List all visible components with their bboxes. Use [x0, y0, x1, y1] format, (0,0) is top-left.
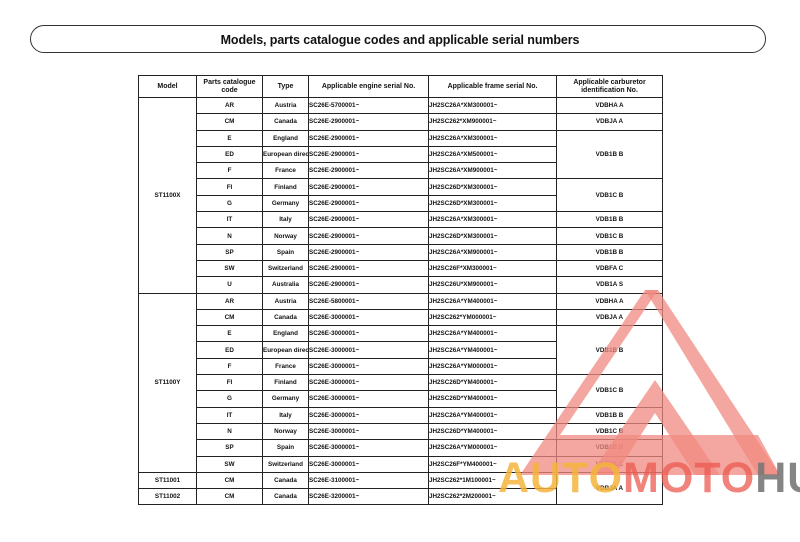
type-cell: Canada [263, 114, 309, 130]
header-parts-code: Parts catalogue code [197, 76, 263, 98]
engine-serial-cell: SC26E-5700001~ [309, 98, 429, 114]
carburetor-id-cell: VDB1C B [557, 375, 663, 408]
frame-serial-cell: JH2SC26A*YM400001~ [429, 293, 557, 309]
engine-serial-cell: SC26E-3000001~ [309, 456, 429, 472]
type-cell: Germany [263, 391, 309, 407]
frame-serial-cell: JH2SC26A*YM400001~ [429, 326, 557, 342]
table-body: ST1100XARAustriaSC26E-5700001~JH2SC26A*X… [139, 98, 663, 505]
parts-code-cell: ED [197, 342, 263, 358]
frame-serial-cell: JH2SC26A*XM500001~ [429, 146, 557, 162]
table-row: SPSpainSC26E-2900001~JH2SC26A*XM900001~V… [139, 244, 663, 260]
frame-serial-cell: JH2SC26A*YM000001~ [429, 358, 557, 374]
carburetor-id-cell: VDB1C B [557, 179, 663, 212]
carburetor-id-cell: VDBFA C [557, 260, 663, 276]
type-cell: Spain [263, 244, 309, 260]
carburetor-id-cell: VDBHA A [557, 293, 663, 309]
header-frame: Applicable frame serial No. [429, 76, 557, 98]
type-cell: England [263, 130, 309, 146]
frame-serial-cell: JH2SC26A*YM400001~ [429, 407, 557, 423]
header-model: Model [139, 76, 197, 98]
type-cell: Austria [263, 293, 309, 309]
carburetor-id-cell: VDBJA A [557, 114, 663, 130]
table-row: UAustraliaSC26E-2900001~JH2SC26U*XM90000… [139, 277, 663, 293]
table-row: FIFinlandSC26E-2900001~JH2SC26D*XM300001… [139, 179, 663, 195]
engine-serial-cell: SC26E-3000001~ [309, 342, 429, 358]
frame-serial-cell: JH2SC262*YM000001~ [429, 309, 557, 325]
engine-serial-cell: SC26E-3000001~ [309, 391, 429, 407]
table-header-row: Model Parts catalogue code Type Applicab… [139, 76, 663, 98]
type-cell: Finland [263, 179, 309, 195]
type-cell: France [263, 163, 309, 179]
engine-serial-cell: SC26E-2900001~ [309, 260, 429, 276]
type-cell: Norway [263, 228, 309, 244]
frame-serial-cell: JH2SC26A*YM400001~ [429, 342, 557, 358]
frame-serial-cell: JH2SC26U*XM900001~ [429, 277, 557, 293]
model-cell: ST11001 [139, 472, 197, 488]
frame-serial-cell: JH2SC262*XM900001~ [429, 114, 557, 130]
parts-code-cell: AR [197, 293, 263, 309]
parts-code-cell: SP [197, 244, 263, 260]
carburetor-id-cell: VDB1B B [557, 130, 663, 179]
type-cell: Canada [263, 309, 309, 325]
type-cell: Switzerland [263, 456, 309, 472]
frame-serial-cell: JH2SC26D*YM400001~ [429, 423, 557, 439]
carburetor-id-cell: VDB1B B [557, 212, 663, 228]
engine-serial-cell: SC26E-2900001~ [309, 179, 429, 195]
parts-code-cell: N [197, 423, 263, 439]
engine-serial-cell: SC26E-3000001~ [309, 407, 429, 423]
table-row: ITItalySC26E-2900001~JH2SC26A*XM300001~V… [139, 212, 663, 228]
frame-serial-cell: JH2SC26D*YM400001~ [429, 391, 557, 407]
page-title: Models, parts catalogue codes and applic… [0, 33, 800, 47]
type-cell: Italy [263, 407, 309, 423]
type-cell: European direct sales [263, 342, 309, 358]
model-cell: ST1100Y [139, 293, 197, 472]
frame-serial-cell: JH2SC26A*XM300001~ [429, 130, 557, 146]
type-cell: Australia [263, 277, 309, 293]
parts-code-cell: ED [197, 146, 263, 162]
engine-serial-cell: SC26E-2900001~ [309, 277, 429, 293]
type-cell: Canada [263, 472, 309, 488]
frame-serial-cell: JH2SC26F*XM300001~ [429, 260, 557, 276]
carburetor-id-cell: VDB1B B [557, 407, 663, 423]
parts-code-cell: CM [197, 489, 263, 505]
frame-serial-cell: JH2SC26A*XM300001~ [429, 212, 557, 228]
header-engine: Applicable engine serial No. [309, 76, 429, 98]
table-row: ST1100XARAustriaSC26E-5700001~JH2SC26A*X… [139, 98, 663, 114]
table-row: ST11001CMCanadaSC26E-3100001~JH2SC262*1M… [139, 472, 663, 488]
table-row: SWSwitzerlandSC26E-3000001~JH2SC26F*YM40… [139, 456, 663, 472]
engine-serial-cell: SC26E-3000001~ [309, 375, 429, 391]
frame-serial-cell: JH2SC26D*YM400001~ [429, 375, 557, 391]
type-cell: Finland [263, 375, 309, 391]
frame-serial-cell: JH2SC262*1M100001~ [429, 472, 557, 488]
engine-serial-cell: SC26E-3000001~ [309, 423, 429, 439]
engine-serial-cell: SC26E-2900001~ [309, 212, 429, 228]
engine-serial-cell: SC26E-2900001~ [309, 130, 429, 146]
table-row: SWSwitzerlandSC26E-2900001~JH2SC26F*XM30… [139, 260, 663, 276]
serials-table: Model Parts catalogue code Type Applicab… [138, 75, 663, 505]
type-cell: Spain [263, 440, 309, 456]
type-cell: Canada [263, 489, 309, 505]
parts-code-cell: SW [197, 456, 263, 472]
frame-serial-cell: JH2SC26D*XM300001~ [429, 228, 557, 244]
frame-serial-cell: JH2SC26A*YM000001~ [429, 440, 557, 456]
frame-serial-cell: JH2SC26A*XM900001~ [429, 244, 557, 260]
table-row: SPSpainSC26E-3000001~JH2SC26A*YM000001~V… [139, 440, 663, 456]
engine-serial-cell: SC26E-5800001~ [309, 293, 429, 309]
table-row: EEnglandSC26E-2900001~JH2SC26A*XM300001~… [139, 130, 663, 146]
engine-serial-cell: SC26E-3000001~ [309, 309, 429, 325]
engine-serial-cell: SC26E-3100001~ [309, 472, 429, 488]
table-row: NNorwaySC26E-2900001~JH2SC26D*XM300001~V… [139, 228, 663, 244]
type-cell: Austria [263, 98, 309, 114]
type-cell: England [263, 326, 309, 342]
carburetor-id-cell: VDBJA A [557, 472, 663, 505]
frame-serial-cell: JH2SC26F*YM400001~ [429, 456, 557, 472]
parts-code-cell: G [197, 391, 263, 407]
parts-code-cell: CM [197, 114, 263, 130]
parts-code-cell: F [197, 163, 263, 179]
engine-serial-cell: SC26E-2900001~ [309, 146, 429, 162]
parts-code-cell: IT [197, 407, 263, 423]
table-row: CMCanadaSC26E-2900001~JH2SC262*XM900001~… [139, 114, 663, 130]
engine-serial-cell: SC26E-2900001~ [309, 195, 429, 211]
type-cell: France [263, 358, 309, 374]
table-row: CMCanadaSC26E-3000001~JH2SC262*YM000001~… [139, 309, 663, 325]
type-cell: Germany [263, 195, 309, 211]
table-row: NNorwaySC26E-3000001~JH2SC26D*YM400001~V… [139, 423, 663, 439]
model-cell: ST11002 [139, 489, 197, 505]
carburetor-id-cell: VDBFA C [557, 456, 663, 472]
engine-serial-cell: SC26E-2900001~ [309, 114, 429, 130]
table-row: EEnglandSC26E-3000001~JH2SC26A*YM400001~… [139, 326, 663, 342]
carburetor-id-cell: VDBJA A [557, 309, 663, 325]
engine-serial-cell: SC26E-3000001~ [309, 358, 429, 374]
parts-code-cell: SP [197, 440, 263, 456]
carburetor-id-cell: VDB1A S [557, 277, 663, 293]
engine-serial-cell: SC26E-2900001~ [309, 228, 429, 244]
engine-serial-cell: SC26E-3000001~ [309, 326, 429, 342]
header-carb: Applicable carburetor identification No. [557, 76, 663, 98]
engine-serial-cell: SC26E-3200001~ [309, 489, 429, 505]
table-row: FIFinlandSC26E-3000001~JH2SC26D*YM400001… [139, 375, 663, 391]
table-row: ST1100YARAustriaSC26E-5800001~JH2SC26A*Y… [139, 293, 663, 309]
parts-code-cell: F [197, 358, 263, 374]
model-cell: ST1100X [139, 98, 197, 294]
carburetor-id-cell: VDB1C B [557, 228, 663, 244]
table-row: ITItalySC26E-3000001~JH2SC26A*YM400001~V… [139, 407, 663, 423]
parts-code-cell: U [197, 277, 263, 293]
engine-serial-cell: SC26E-2900001~ [309, 163, 429, 179]
engine-serial-cell: SC26E-2900001~ [309, 244, 429, 260]
frame-serial-cell: JH2SC26A*XM900001~ [429, 163, 557, 179]
parts-code-cell: FI [197, 179, 263, 195]
parts-code-cell: SW [197, 260, 263, 276]
engine-serial-cell: SC26E-3000001~ [309, 440, 429, 456]
parts-code-cell: CM [197, 309, 263, 325]
type-cell: European direct sales [263, 146, 309, 162]
parts-code-cell: E [197, 326, 263, 342]
parts-code-cell: E [197, 130, 263, 146]
carburetor-id-cell: VDB1B B [557, 326, 663, 375]
parts-code-cell: CM [197, 472, 263, 488]
parts-code-cell: AR [197, 98, 263, 114]
parts-code-cell: N [197, 228, 263, 244]
header-type: Type [263, 76, 309, 98]
parts-code-cell: G [197, 195, 263, 211]
type-cell: Italy [263, 212, 309, 228]
carburetor-id-cell: VDB1B B [557, 440, 663, 456]
parts-code-cell: IT [197, 212, 263, 228]
type-cell: Norway [263, 423, 309, 439]
parts-code-cell: FI [197, 375, 263, 391]
frame-serial-cell: JH2SC262*2M200001~ [429, 489, 557, 505]
frame-serial-cell: JH2SC26D*XM300001~ [429, 195, 557, 211]
frame-serial-cell: JH2SC26A*XM300001~ [429, 98, 557, 114]
carburetor-id-cell: VDBHA A [557, 98, 663, 114]
carburetor-id-cell: VDB1C B [557, 423, 663, 439]
frame-serial-cell: JH2SC26D*XM300001~ [429, 179, 557, 195]
carburetor-id-cell: VDB1B B [557, 244, 663, 260]
type-cell: Switzerland [263, 260, 309, 276]
